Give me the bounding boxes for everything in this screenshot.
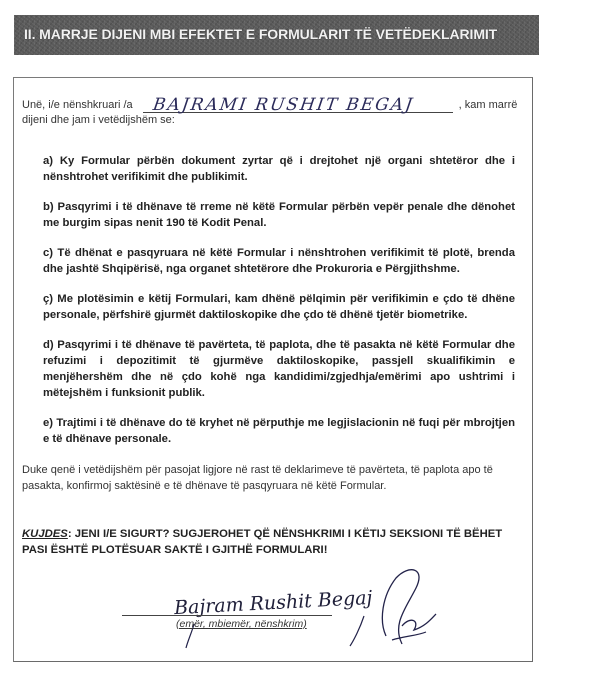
clause-e: e) Trajtimi i të dhënave do të kryhet në… [43,415,515,447]
clauses-list: a) Ky Formular përbën dokument zyrtar që… [43,142,515,461]
section-title: II. MARRJE DIJENI MBI EFEKTET E FORMULAR… [24,26,497,42]
handwritten-name: BAJRAMI RUSHIT BEGAJ [152,98,415,113]
section-header: II. MARRJE DIJENI MBI EFEKTET E FORMULAR… [14,15,539,55]
name-field[interactable]: BAJRAMI RUSHIT BEGAJ [143,98,453,113]
intro-prefix: Unë, i/e nënshkruari /a [22,98,133,113]
warning-text: : JENI I/E SIGURT? SUGJEROHET QË NËNSHKR… [22,528,502,556]
declaration-box: Unë, i/e nënshkruari /a BAJRAMI RUSHIT B… [13,77,533,662]
intro-line2: dijeni dhe jam i vetëdijshëm se: [22,113,522,128]
clause-b: b) Pasqyrimi i të dhënave të rreme në kë… [43,199,515,231]
intro-suffix: , kam marrë [459,98,518,113]
warning-notice: KUJDES: JENI I/E SIGURT? SUGJEROHET QË N… [22,526,522,558]
clause-cedilla: ç) Me plotësimin e këtij Formulari, kam … [43,291,515,323]
intro-statement: Unë, i/e nënshkruari /a BAJRAMI RUSHIT B… [22,98,522,128]
clause-d: d) Pasqyrimi i të dhënave të pavërteta, … [43,337,515,401]
signature-line[interactable] [122,615,332,616]
warning-label: KUJDES [22,528,68,540]
clause-c: c) Të dhënat e pasqyruara në këtë Formul… [43,245,515,277]
signature-caption: (emër, mbiemër, nënshkrim) [176,618,307,630]
closing-statement: Duke qenë i vetëdijshëm për pasojat ligj… [22,462,522,494]
clause-a: a) Ky Formular përbën dokument zyrtar që… [43,153,515,185]
